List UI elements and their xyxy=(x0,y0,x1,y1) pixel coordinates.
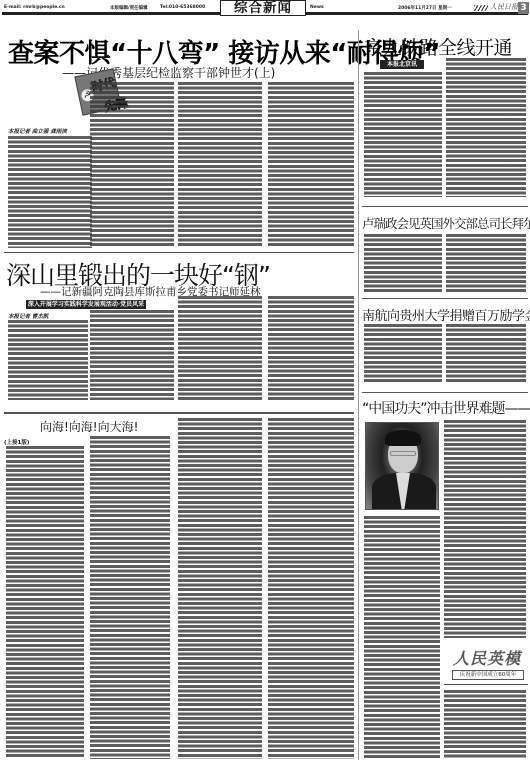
divider-main xyxy=(4,252,354,253)
renmin-yingmo-logo: 人民英模 xyxy=(453,646,521,669)
sea-lead: (上接1版) xyxy=(4,438,29,446)
masthead-phone: Tel:010-65368000 xyxy=(160,5,205,10)
steel-body-col4 xyxy=(268,296,354,400)
page-number: 3 xyxy=(518,2,529,14)
railway-banner: 本报北京讯 xyxy=(380,60,424,69)
main-body-col4 xyxy=(268,82,354,246)
railway-body-col1 xyxy=(364,72,442,197)
section-title: 综合新闻 xyxy=(220,0,306,16)
donation-headline: 南航向贵州大学捐赠百万励学金 xyxy=(362,305,530,324)
steel-body-col2 xyxy=(90,310,174,400)
renmin-yingmo-subtitle: 庆祝新中国成立60周年 xyxy=(452,670,524,680)
donation-body-col2 xyxy=(446,324,526,382)
hatch-decoration xyxy=(474,5,488,11)
diplomacy-headline: 卢瑞政会见英国外交部总司长拜尔德一行 xyxy=(362,214,530,232)
column-divider-lower xyxy=(358,400,359,760)
railway-body-col2 xyxy=(446,58,526,197)
masthead-editor: 本版编辑/责任编辑 xyxy=(110,5,148,11)
sea-headline: 向海!向海!向大海! xyxy=(40,418,138,435)
steel-byline: 本报记者 曹杰凯 xyxy=(8,312,48,320)
kungfu-headline: “中国功夫”冲击世界难题——邓建军 xyxy=(362,398,530,418)
divider-steel xyxy=(4,412,354,414)
sea-body-col4 xyxy=(268,418,354,759)
diplomacy-body-col2 xyxy=(446,234,526,292)
portrait-photo xyxy=(365,422,439,510)
steel-body-col3 xyxy=(178,296,262,400)
donation-body-col1 xyxy=(364,324,442,382)
column-divider xyxy=(358,30,359,400)
sea-body-col3 xyxy=(178,418,262,759)
main-body-col2 xyxy=(90,82,174,246)
divider-kungfu xyxy=(362,392,528,393)
railway-headline: 京九铁路全线开通 xyxy=(364,33,512,60)
masthead-date: 2006年11月27日 星期一 xyxy=(398,5,452,11)
steel-body-col1 xyxy=(8,320,88,400)
paper-logo: 人民日报 xyxy=(490,2,518,12)
divider-railway xyxy=(362,206,528,207)
divider-diplomacy xyxy=(362,298,528,299)
main-byline: 本报记者 曲立强 龚雨滨 xyxy=(8,127,67,135)
divider-logo xyxy=(444,684,528,685)
diplomacy-body-col1 xyxy=(364,234,442,292)
main-body-col3 xyxy=(178,82,262,246)
section-en: News xyxy=(310,5,324,10)
kungfu-body-col2 xyxy=(444,420,526,638)
masthead-email: E-mail: rmrb@people.cn xyxy=(4,5,65,10)
kungfu-body-col1 xyxy=(364,516,440,759)
sea-body-col2 xyxy=(90,436,170,759)
main-body-col1 xyxy=(8,136,92,248)
sea-body-col1 xyxy=(6,446,84,759)
kungfu-body-col3 xyxy=(444,690,526,759)
steel-banner: 深入开展学习实践科学发展观活动·党员风采 xyxy=(26,300,146,309)
